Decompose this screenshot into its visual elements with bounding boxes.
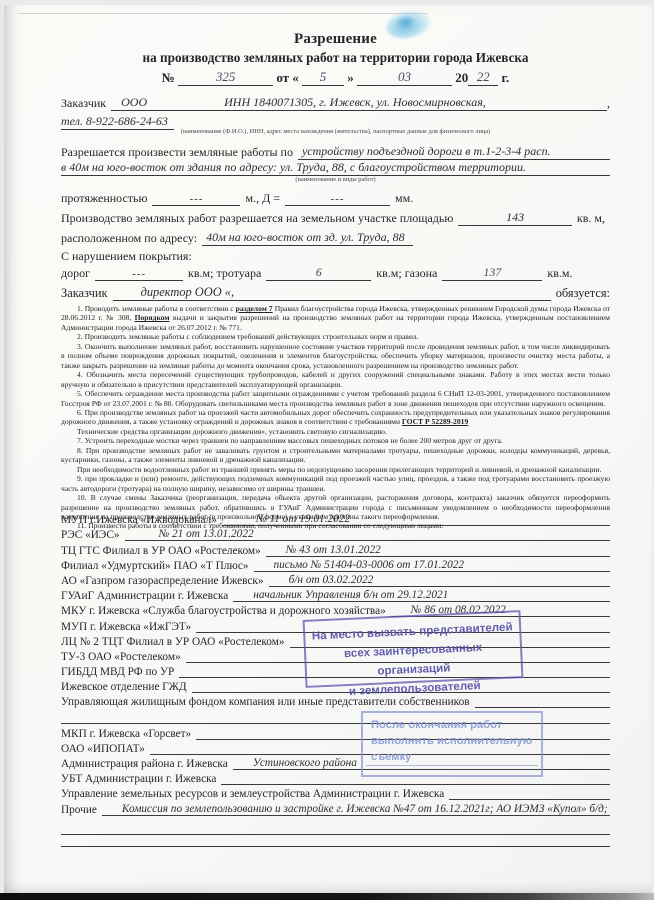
obligation-item: 3. Окончить выполнение земляных работ, в… — [61, 342, 610, 370]
row-value: № 43 от 13.01.2022 — [266, 544, 610, 557]
obligation-item: 9. при прокладке и (или) ремонте, действ… — [61, 474, 610, 493]
row-label: МКП г. Ижевска «Горсвет» — [61, 728, 196, 740]
row-label: Администрация района г. Ижевска — [61, 758, 233, 770]
row-label: АО «Газпром газораспределение Ижевск» — [61, 575, 269, 587]
agreement-row: МКУ г. Ижевска «Служба благоустройства и… — [61, 602, 610, 617]
lawn-value: 137 — [442, 265, 542, 281]
road-label: дорог — [61, 266, 95, 281]
agreement-row: ПрочиеКомиссия по землепользованию и зас… — [61, 800, 610, 815]
row-label: Прочие — [61, 804, 102, 816]
stamp-executive-survey: После окончания работ выполнить исполнит… — [361, 711, 543, 777]
year-value: 22 — [468, 69, 498, 86]
row-label: МУП г. Ижевска «ИжГЭТ» — [61, 621, 196, 633]
obligation-text: 1. Проводить земляные работы в соответст… — [77, 304, 236, 313]
obligation-item: 4. Обозначить места пересечений существу… — [61, 370, 610, 389]
year-suffix: г. — [502, 70, 510, 85]
agreement-row: ГУАиГ Администрации г. Ижевсканачальник … — [61, 587, 610, 602]
length-units-m: м., Д = — [240, 191, 285, 206]
row-label: Управляющая жилищным фондом компания или… — [61, 696, 475, 708]
stamp-inner-line — [366, 765, 538, 766]
works-lead: Разрешается произвести земляные работы п… — [61, 145, 298, 160]
customer-details: ИНН 1840071305, г. Ижевск, ул. Новосмирн… — [224, 95, 486, 109]
diameter-value: --- — [285, 193, 390, 206]
scanner-edge-bottom — [0, 893, 654, 900]
day-value: 5 — [302, 69, 344, 86]
obligation-item: Технические средства организации дорожно… — [61, 427, 610, 436]
agreement-row: Управление земельных ресурсов и землеуст… — [61, 785, 610, 800]
length-label: протяженностью — [61, 191, 152, 206]
obligation-text: 6. При производстве земляных работ на пр… — [61, 408, 610, 426]
works-value-1: устройству подъездной дороги в т.1-2-3-4… — [298, 144, 610, 160]
month-value: 03 — [357, 69, 452, 86]
lawn-label: кв.м; газона — [371, 266, 442, 281]
row-value: начальник Управления б/н от 29.12.2021 — [233, 589, 610, 602]
obligation-item: 6. При производстве земляных работ на пр… — [61, 408, 610, 427]
agreement-row: ТЦ ГТС Филиал в УР ОАО «Ростелеком»№ 43 … — [61, 541, 610, 556]
document-content: Разрешение на производство земляных рабо… — [61, 31, 610, 548]
address-line: расположенном по адресу: 40м на юго-вост… — [61, 229, 610, 246]
address-value: 40м на юго-восток от зд. ул. Труда, 88 — [202, 230, 412, 246]
obliges-tail: обязуется: — [551, 286, 610, 301]
agreement-row: АО «Газпром газораспределение Ижевск»б/н… — [61, 572, 610, 587]
works-caption: (наименование и виды работ) — [61, 176, 610, 184]
works-line-1: Разрешается произвести земляные работы п… — [61, 144, 610, 160]
obliges-label: Заказчик — [61, 286, 113, 301]
stamp-call-representatives: На место вызвать представителей всех заи… — [303, 610, 524, 688]
sidewalk-label: кв.м; тротуара — [183, 266, 266, 281]
length-value: --- — [152, 193, 240, 206]
row-value: письмо № 51404-03-0006 от 17.01.2022 — [254, 559, 611, 572]
row-value: Комиссия по землепользованию и застройке… — [102, 803, 610, 816]
phone-line: тел. 8-922-686-24-63 — [61, 112, 610, 128]
row-label: МКУ г. Ижевска «Служба благоустройства и… — [61, 605, 391, 617]
number-date-line: № 325 от « 5 » 03 2022 г. — [61, 69, 610, 86]
row-value: б/н от 03.02.2022 — [269, 574, 610, 587]
row-label: Управление земельных ресурсов и землеуст… — [61, 788, 449, 800]
obligation-item: 5. Обеспечить ограждение места производс… — [61, 389, 610, 408]
row-value — [221, 784, 610, 785]
road-value: --- — [95, 268, 183, 281]
stamp-line: выполнить исполнительную — [371, 733, 541, 749]
year-prefix: 20 — [455, 70, 468, 85]
coating-values-line: дорог --- кв.м; тротуара 6 кв.м; газона … — [61, 265, 610, 281]
obligation-ref-gost: ГОСТ Р 52289-2019 — [402, 417, 468, 426]
agreement-row-blank — [61, 824, 610, 835]
coating-title: С нарушением покрытия: — [61, 249, 610, 265]
obliges-line: Заказчик директор ООО «, обязуется: — [61, 285, 610, 301]
stamp-line: съемку — [371, 749, 541, 765]
obligation-item: 8. При производстве земляных работ не за… — [61, 446, 610, 465]
area-value: 143 — [458, 210, 572, 226]
coating-unit: кв.м. — [542, 266, 577, 281]
row-value: № 21 от 13.01.2022 — [125, 528, 610, 541]
row-value — [61, 834, 610, 835]
address-label: расположенном по адресу: — [61, 231, 202, 246]
from-label: от « — [276, 70, 298, 85]
agreement-row: РЭС «ИЭС»№ 21 от 13.01.2022 — [61, 526, 610, 541]
sidewalk-value: 6 — [266, 265, 371, 281]
row-label: ЛЦ № 2 ТЦТ Филиал в УР ОАО «Ростелеком» — [61, 636, 290, 648]
row-label: ГУАиГ Администрации г. Ижевска — [61, 590, 233, 602]
scan-scratch-line — [18, 13, 428, 14]
customer-trailing-comma: , — [607, 96, 610, 111]
row-label: МУП г.Ижевска «Ижводоканал» — [61, 514, 222, 526]
row-label: Ижевское отделение ГЖД — [61, 681, 192, 693]
area-text: Производство земляных работ разрешается … — [61, 211, 458, 226]
agreement-row-blank — [61, 835, 610, 847]
obligation-item: 2. Производить земляные работы с соблюде… — [61, 332, 610, 341]
obligation-item: 7. Устроить переходные мостки через тран… — [61, 436, 610, 445]
customer-phone: тел. 8-922-686-24-63 — [61, 114, 174, 130]
row-value — [449, 799, 610, 800]
row-label: Филиал «Удмуртский» ПАО «Т Плюс» — [61, 560, 254, 572]
obligation-ref-poryadok: Порядком — [135, 313, 170, 322]
obligation-item: 1. Проводить земляные работы в соответст… — [61, 304, 610, 332]
row-label: ОАО «ИПОПАТ» — [61, 743, 150, 755]
row-label: УБТ Администрации г. Ижевска — [61, 773, 221, 785]
row-label: ГИБДД МВД РФ по УР — [61, 666, 179, 678]
document-title: Разрешение — [61, 31, 610, 48]
row-value: № 11 от 19.01.2022 — [222, 513, 610, 526]
agreement-row: Филиал «Удмуртский» ПАО «Т Плюс»письмо №… — [61, 557, 610, 572]
obliges-value: директор ООО «, — [113, 285, 551, 301]
customer-org: ООО — [111, 95, 176, 110]
quote-close: » — [347, 70, 354, 85]
obligation-item: При необходимости водоотливных работ из … — [61, 465, 610, 474]
row-label: ТУ-3 ОАО «Ростелеком» — [61, 651, 186, 663]
document-subtitle: на производство земляных работ на террит… — [61, 50, 610, 65]
agreement-row: МУП г.Ижевска «Ижводоканал»№ 11 от 19.01… — [61, 511, 610, 526]
row-value — [475, 707, 610, 708]
area-line: Производство земляных работ разрешается … — [61, 210, 610, 226]
row-label: ТЦ ГТС Филиал в УР ОАО «Ростелеком» — [61, 545, 266, 557]
row-label: РЭС «ИЭС» — [61, 529, 125, 541]
obligation-ref-section7: разделом 7 — [236, 304, 273, 313]
document-page: Разрешение на производство земляных рабо… — [4, 5, 652, 893]
customer-line: Заказчик ОООИНН 1840071305, г. Ижевск, у… — [61, 95, 610, 111]
length-line: протяженностью --- м., Д = --- мм. — [61, 191, 610, 206]
customer-label: Заказчик — [61, 96, 111, 111]
row-value — [61, 846, 610, 847]
stamp-line: После окончания работ — [371, 717, 541, 733]
customer-value-underline: ОООИНН 1840071305, г. Ижевск, ул. Новосм… — [111, 95, 607, 111]
length-units-mm: мм. — [390, 191, 418, 206]
number-label: № — [162, 70, 175, 85]
permit-number-value: 325 — [178, 69, 273, 86]
area-unit: кв. м, — [572, 211, 610, 226]
works-value-2: в 40м на юго-восток от здания по адресу:… — [61, 160, 610, 176]
